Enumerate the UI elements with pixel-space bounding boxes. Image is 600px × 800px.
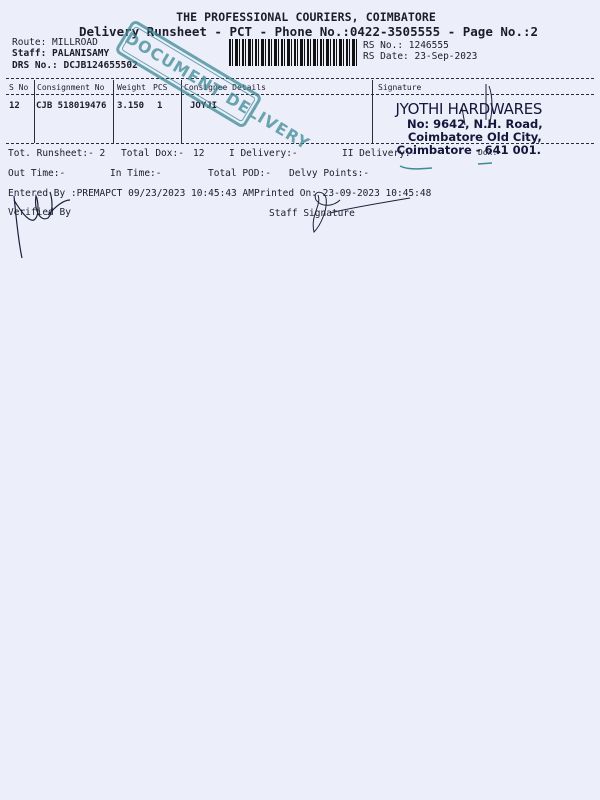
signature-scribble-icon (0, 0, 600, 300)
